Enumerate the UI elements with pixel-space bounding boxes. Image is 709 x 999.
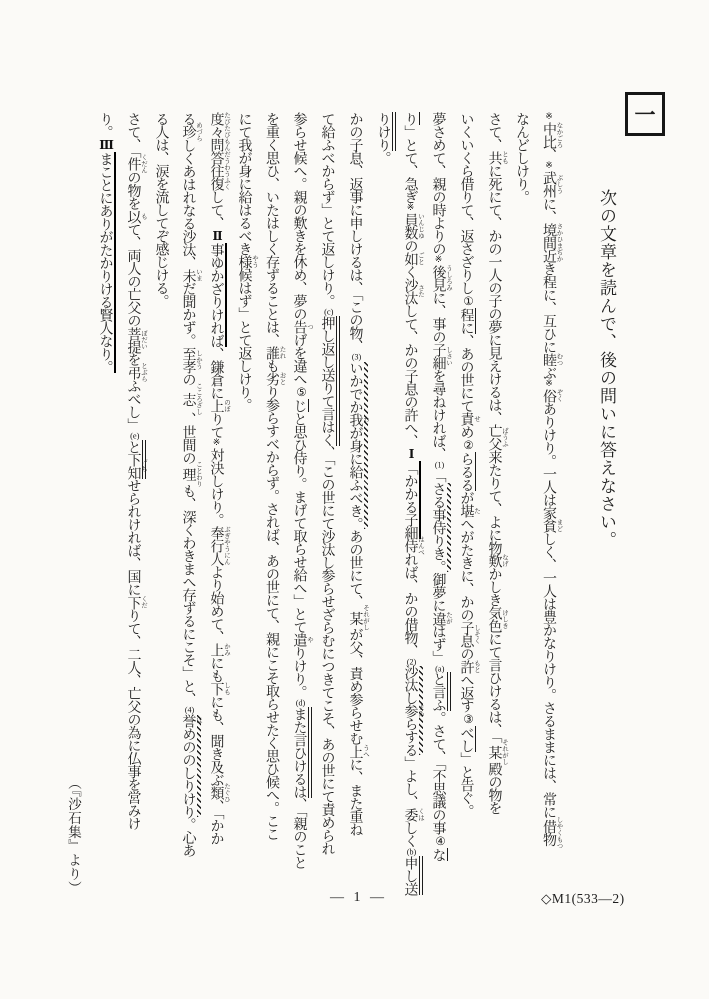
ruby-annotated-text: 睦むつ (541, 353, 556, 366)
annotation-label: Ⅰ (405, 447, 419, 461)
ruby-annotated-text: 遣や (292, 633, 307, 646)
passage-column-5: 夢さめて、親の時よりの※後見うしろみに、事の子細しさいを尋ねければ、(1)「さる… (425, 112, 453, 912)
ruby-annotated-text: 参まゐ (403, 704, 418, 717)
annotation-label: Ⅲ (100, 138, 114, 152)
underline-segment: と言ふ (431, 672, 451, 711)
passage-column-16: さて、「件くだんの物を以もて、両人の亡父の菩提ぼだいを弔とぶらふべし」(e)と下… (120, 112, 148, 912)
passage-column-11: を重く思ひ、いたはしく存ずることは、誰たれも劣おとり参らすべからず。されば、あの… (258, 112, 286, 912)
ruby-annotated-text: 侍はんべ (403, 539, 418, 553)
ruby-annotated-text: 件くだん (126, 157, 141, 171)
passage-column-8: かの子息、返事に申しけるは、「この物、(3)いかでか我わが身に給ふべき。あの世に… (342, 112, 370, 912)
passage-column-1: ※中比なかごろ、※武州ぶしうに、境間近さかひまぢかき程に、互ひに睦むつぶ※俗ぞく… (535, 112, 563, 912)
underline-segment: いかでか我わが身に給ふべき。 (348, 361, 364, 530)
ruby-annotated-text: 菩提ぼだい (126, 327, 141, 353)
annotation-label: ※ (545, 379, 555, 389)
ruby-annotated-text: 志こころざし (181, 386, 196, 413)
ruby-annotated-text: 告つ (292, 320, 307, 333)
underline-segment: りけり (376, 112, 396, 151)
underline-segment: な (431, 848, 448, 861)
ruby-annotated-text: 下くだ (126, 596, 141, 609)
annotation-label: ⑤ (295, 385, 307, 399)
ruby-annotated-text: 中比なかごろ (541, 122, 556, 148)
annotation-label: ※ (407, 203, 417, 213)
annotation-label: ① (462, 294, 474, 308)
passage-column-14: る珍めづらしくあはれなる沙汰、未いまだ聞かず。至孝しかうの志こころざし、世間の理… (175, 112, 203, 912)
annotation-label: Ⅱ (211, 229, 225, 243)
ruby-annotated-text: 子息しそく (459, 621, 474, 647)
ruby-annotated-text: 我わ (348, 413, 363, 426)
passage-column-13: 度々問答往復たびたびもんだうわうふくして、Ⅱ事ゆかざりければ、鎌倉に上のぼりて※… (203, 112, 231, 912)
underline-segment: 事ゆかざりければ (209, 243, 227, 347)
ruby-annotated-text: 劣おと (264, 372, 279, 385)
annotation-label: (e) (130, 431, 140, 440)
annotation-label: (c) (324, 307, 334, 316)
section-number-box: 一 (625, 92, 665, 136)
ruby-annotated-text: 気色けしき (487, 606, 502, 632)
ruby-annotated-text: 某それがし (487, 742, 502, 762)
ruby-annotated-text: 武州ぶしう (541, 171, 556, 197)
ruby-annotated-text: 亡父ばうふ (487, 424, 502, 450)
underline-segment: と下知げち (126, 440, 146, 479)
ruby-annotated-text: 某それがし (348, 608, 363, 628)
ruby-annotated-text: 借物しやくもつ (541, 818, 556, 849)
ruby-annotated-text: 歎なげ (487, 554, 502, 567)
ruby-annotated-text: 理ことわり (181, 464, 196, 484)
ruby-annotated-text: 委くは (403, 808, 418, 821)
ruby-annotated-text: 様やう (237, 255, 252, 268)
doc-code: ◇M1(533―2) (541, 891, 625, 907)
ruby-annotated-text: 共とも (487, 151, 502, 164)
annotation-label: (a) (435, 664, 445, 673)
passage-column-3: さて、共ともに死にて、かの一人の子の夢に見えけるは、亡父ばうふ来たりて、よに物歎… (481, 112, 509, 912)
annotation-label: (d) (296, 698, 306, 707)
ruby-annotated-text: 許もと (459, 660, 474, 673)
ruby-annotated-text: 下しも (209, 682, 224, 695)
ruby-annotated-text: 如ごと (403, 252, 418, 265)
passage-column-12: にて我が身に給はるべき様やう候はず」とて返しけり。 (231, 112, 259, 912)
ruby-annotated-text: 弔とぶら (126, 366, 141, 380)
passage-column-7: りけり。 (370, 112, 397, 912)
ruby-annotated-text: 後見うしろみ (431, 265, 446, 291)
annotation-label: ③ (462, 712, 474, 726)
passage-vertical-text: ※中比なかごろ、※武州ぶしうに、境間近さかひまぢかき程に、互ひに睦むつぶ※俗ぞく… (63, 112, 563, 914)
annotation-label: ④ (434, 834, 446, 848)
annotation-label: (3) (352, 352, 362, 361)
underline-segment: らるる (459, 452, 476, 491)
underline-segment: 押し返し送りて言はく (320, 316, 340, 446)
ruby-annotated-text: 俗ぞく (541, 389, 556, 402)
underline-segment: じ (292, 399, 309, 412)
passage-column-9: て給ふべからず」とて返しけり。(c)押し返し送りて言はく、「この世にて沙汰し参ら… (314, 112, 342, 912)
ruby-annotated-text: 境間近さかひまぢか (541, 223, 556, 262)
underline-segment: また言ひけるは (292, 707, 312, 798)
passage-column-10: 参らせ候へ。親の歎きを休め、夢の告つげを違へ⑤じと思ひ侍り。まげて取らせ給へ」と… (286, 112, 314, 912)
underline-segment: り (403, 112, 420, 125)
underline-segment: 申し送 (403, 856, 423, 895)
annotation-label: ※ (545, 112, 555, 122)
ruby-annotated-text: 上かみ (209, 643, 224, 656)
ruby-annotated-text: 未いま (181, 269, 196, 282)
exam-page: 一 次の文章を読んで、後の問いに答えなさい。 ※中比なかごろ、※武州ぶしうに、境… (0, 0, 709, 999)
passage-column-2: なんどしけり。 (508, 112, 535, 912)
passage-column-6: り」とて、急ぎ※員数いんじゆの如ごとく沙汰さたして、かの子息の許へ、Ⅰ「かかる子… (397, 112, 425, 912)
ruby-annotated-text: 至孝しかう (181, 347, 196, 373)
ruby-annotated-text: 沙汰さた (403, 278, 418, 304)
annotation-label: ② (462, 438, 474, 452)
ruby-annotated-text: 違たが (431, 612, 446, 625)
underline-segment: 「かかる子細 (403, 461, 421, 539)
ruby-annotated-text: 責せ (459, 412, 474, 425)
ruby-annotated-text: 貧まど (541, 519, 556, 532)
underline-segment: べし (459, 726, 476, 752)
ruby-annotated-text: 員数いんじゆ (403, 213, 418, 239)
underline-segment: 程に (459, 308, 476, 334)
underline-segment: 誉ほめののしりけり (181, 714, 197, 818)
annotation-label: ※ (213, 438, 223, 448)
annotation-label: (2) (407, 657, 417, 666)
section-number: 一 (635, 99, 656, 129)
ruby-annotated-text: 誉ほ (181, 714, 196, 727)
annotation-label: (1) (435, 460, 445, 469)
passage-column-17: り。Ⅲまことにありがたかりける賢人なり。 (92, 112, 120, 912)
ruby-annotated-text: 子細しさい (431, 343, 446, 369)
passage-column-4: いくいくら借りて、返さざりし①程に、あの世にて責せめ②らるるが堪たへがたきに、か… (453, 112, 481, 912)
annotation-label: ※ (545, 161, 555, 171)
source-attribution: （『沙石集』より） (63, 776, 83, 936)
annotation-label: ※ (435, 255, 445, 265)
ruby-annotated-text: 以も (126, 210, 141, 223)
annotation-label: (4) (185, 705, 195, 714)
passage-column-15: る人は、涙を流してぞ感じける。 (148, 112, 175, 912)
instruction-text: 次の文章を読んで、後の問いに答えなさい。 (595, 189, 617, 609)
page-number: ― 1 ― (330, 890, 387, 906)
ruby-annotated-text: 上うへ (348, 745, 363, 758)
underline-segment: さる事侍りき。 (431, 482, 447, 573)
ruby-annotated-text: 珍めづら (181, 125, 196, 139)
ruby-annotated-text: 上のぼ (209, 399, 224, 412)
ruby-annotated-text: 類たぐひ (209, 786, 224, 800)
ruby-annotated-text: 堪た (459, 504, 474, 517)
ruby-annotated-text: 下知げち (126, 453, 141, 479)
annotation-label: (b) (407, 847, 417, 856)
ruby-annotated-text: 度々問答往復たびたびもんだうわうふく (209, 112, 224, 190)
underline-segment: まことにありがたかりける賢人なり。 (98, 152, 116, 373)
ruby-annotated-text: 奉行人ぶぎやうにん (209, 526, 224, 565)
underline-segment: 沙汰し参まゐらする (403, 665, 419, 756)
ruby-annotated-text: 誰たれ (264, 346, 279, 359)
